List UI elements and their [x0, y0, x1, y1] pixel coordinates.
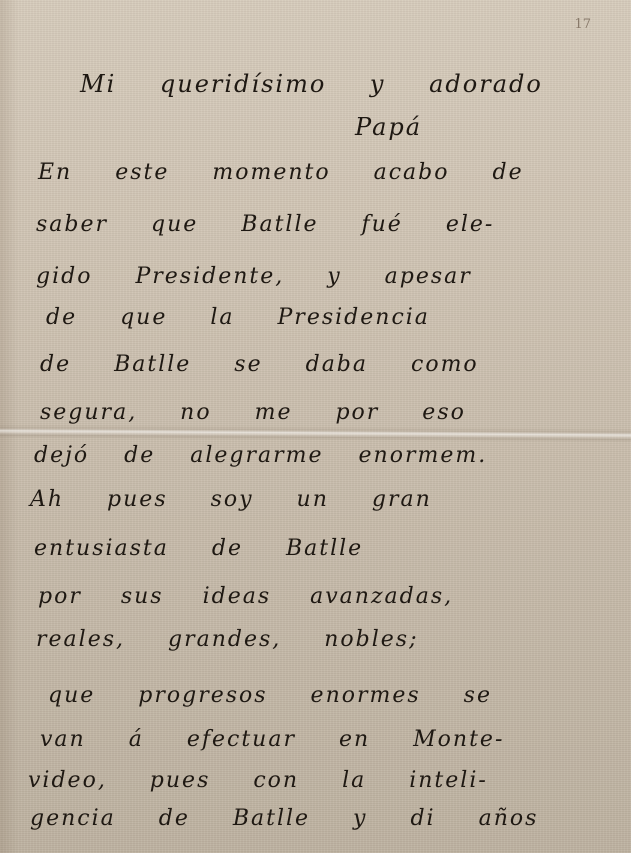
letter-line-10: por sus ideas avanzadas, — [38, 584, 453, 609]
letter-line-3: gido Presidente, y apesar — [36, 264, 472, 289]
letter-line-9: entusiasta de Batlle — [34, 536, 363, 561]
letter-page: 17 Mi queridísimo y adorado Papá En este… — [0, 0, 631, 853]
letter-line-8: Ah pues soy un gran — [30, 487, 432, 512]
letter-line-11: reales, grandes, nobles; — [36, 627, 419, 652]
letter-line-14: video, pues con la inteli- — [28, 768, 488, 793]
letter-line-12: que progresos enormes se — [48, 683, 492, 708]
letter-line-13: van á efectuar en Monte- — [40, 727, 504, 752]
letter-line-15: gencia de Batlle y di años — [30, 806, 538, 831]
salutation-line-2: Papá — [355, 113, 422, 141]
fold-crease — [0, 424, 631, 442]
letter-line-5: de Batlle se daba como — [40, 352, 479, 377]
letter-line-4: de que la Presidencia — [46, 305, 430, 330]
salutation-line-1: Mi queridísimo y adorado — [80, 70, 543, 98]
letter-line-6: segura, no me por eso — [40, 400, 466, 425]
page-number: 17 — [574, 17, 591, 32]
letter-line-2: saber que Batlle fué ele- — [36, 212, 494, 237]
letter-line-7: dejó de alegrarme enormem. — [34, 443, 487, 468]
letter-line-1: En este momento acabo de — [38, 160, 524, 185]
